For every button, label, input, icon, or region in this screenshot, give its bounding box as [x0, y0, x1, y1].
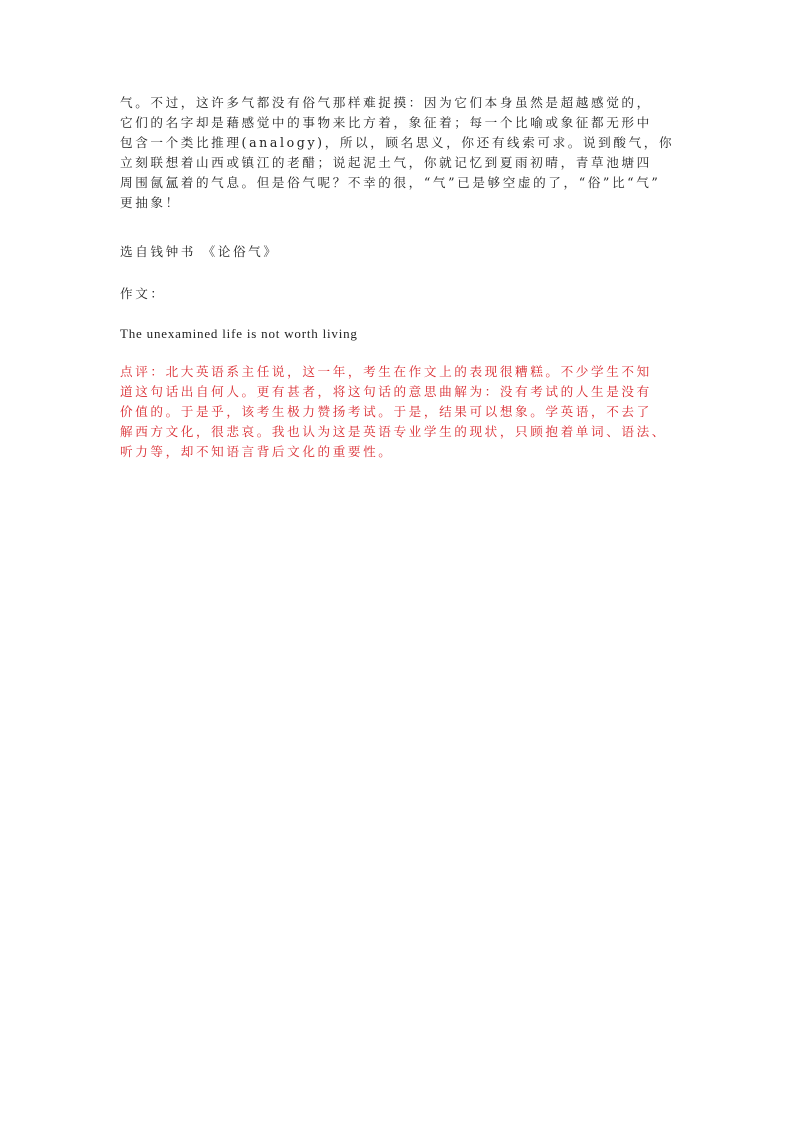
excerpt-line: 气。不过，这许多气都没有俗气那样难捉摸：因为它们本身虽然是超越感觉的， — [120, 93, 676, 113]
excerpt-line: 立刻联想着山西或镇江的老醋；说起泥土气，你就记忆到夏雨初晴，青草池塘四 — [120, 153, 676, 173]
essay-title: The unexamined life is not worth living — [120, 324, 676, 344]
essay-label: 作文： — [120, 284, 676, 304]
comment-line: 点评：北大英语系主任说，这一年，考生在作文上的表现很糟糕。不少学生不知 — [120, 362, 676, 382]
source-citation: 选自钱钟书 《论俗气》 — [120, 242, 676, 262]
comment-paragraph: 点评：北大英语系主任说，这一年，考生在作文上的表现很糟糕。不少学生不知 道这句话… — [120, 362, 676, 462]
excerpt-paragraph: 气。不过，这许多气都没有俗气那样难捉摸：因为它们本身虽然是超越感觉的， 它们的名… — [120, 93, 676, 213]
excerpt-line: 它们的名字却是藉感觉中的事物来比方着，象征着；每一个比喻或象征都无形中 — [120, 113, 676, 133]
comment-line: 价值的。于是乎，该考生极力赞扬考试。于是，结果可以想象。学英语，不去了 — [120, 402, 676, 422]
comment-line: 解西方文化，很悲哀。我也认为这是英语专业学生的现状，只顾抱着单词、语法、 — [120, 422, 676, 442]
comment-line: 道这句话出自何人。更有甚者，将这句话的意思曲解为：没有考试的人生是没有 — [120, 382, 676, 402]
excerpt-line: 周围氤氲着的气息。但是俗气呢？不幸的很，“气”已是够空虚的了，“俗”比“气” — [120, 173, 676, 193]
excerpt-line: 更抽象！ — [120, 193, 676, 213]
comment-line: 听力等，却不知语言背后文化的重要性。 — [120, 442, 676, 462]
excerpt-line: 包含一个类比推理(analogy)，所以，顾名思义，你还有线索可求。说到酸气，你 — [120, 133, 676, 153]
document-page: 气。不过，这许多气都没有俗气那样难捉摸：因为它们本身虽然是超越感觉的， 它们的名… — [120, 93, 676, 462]
